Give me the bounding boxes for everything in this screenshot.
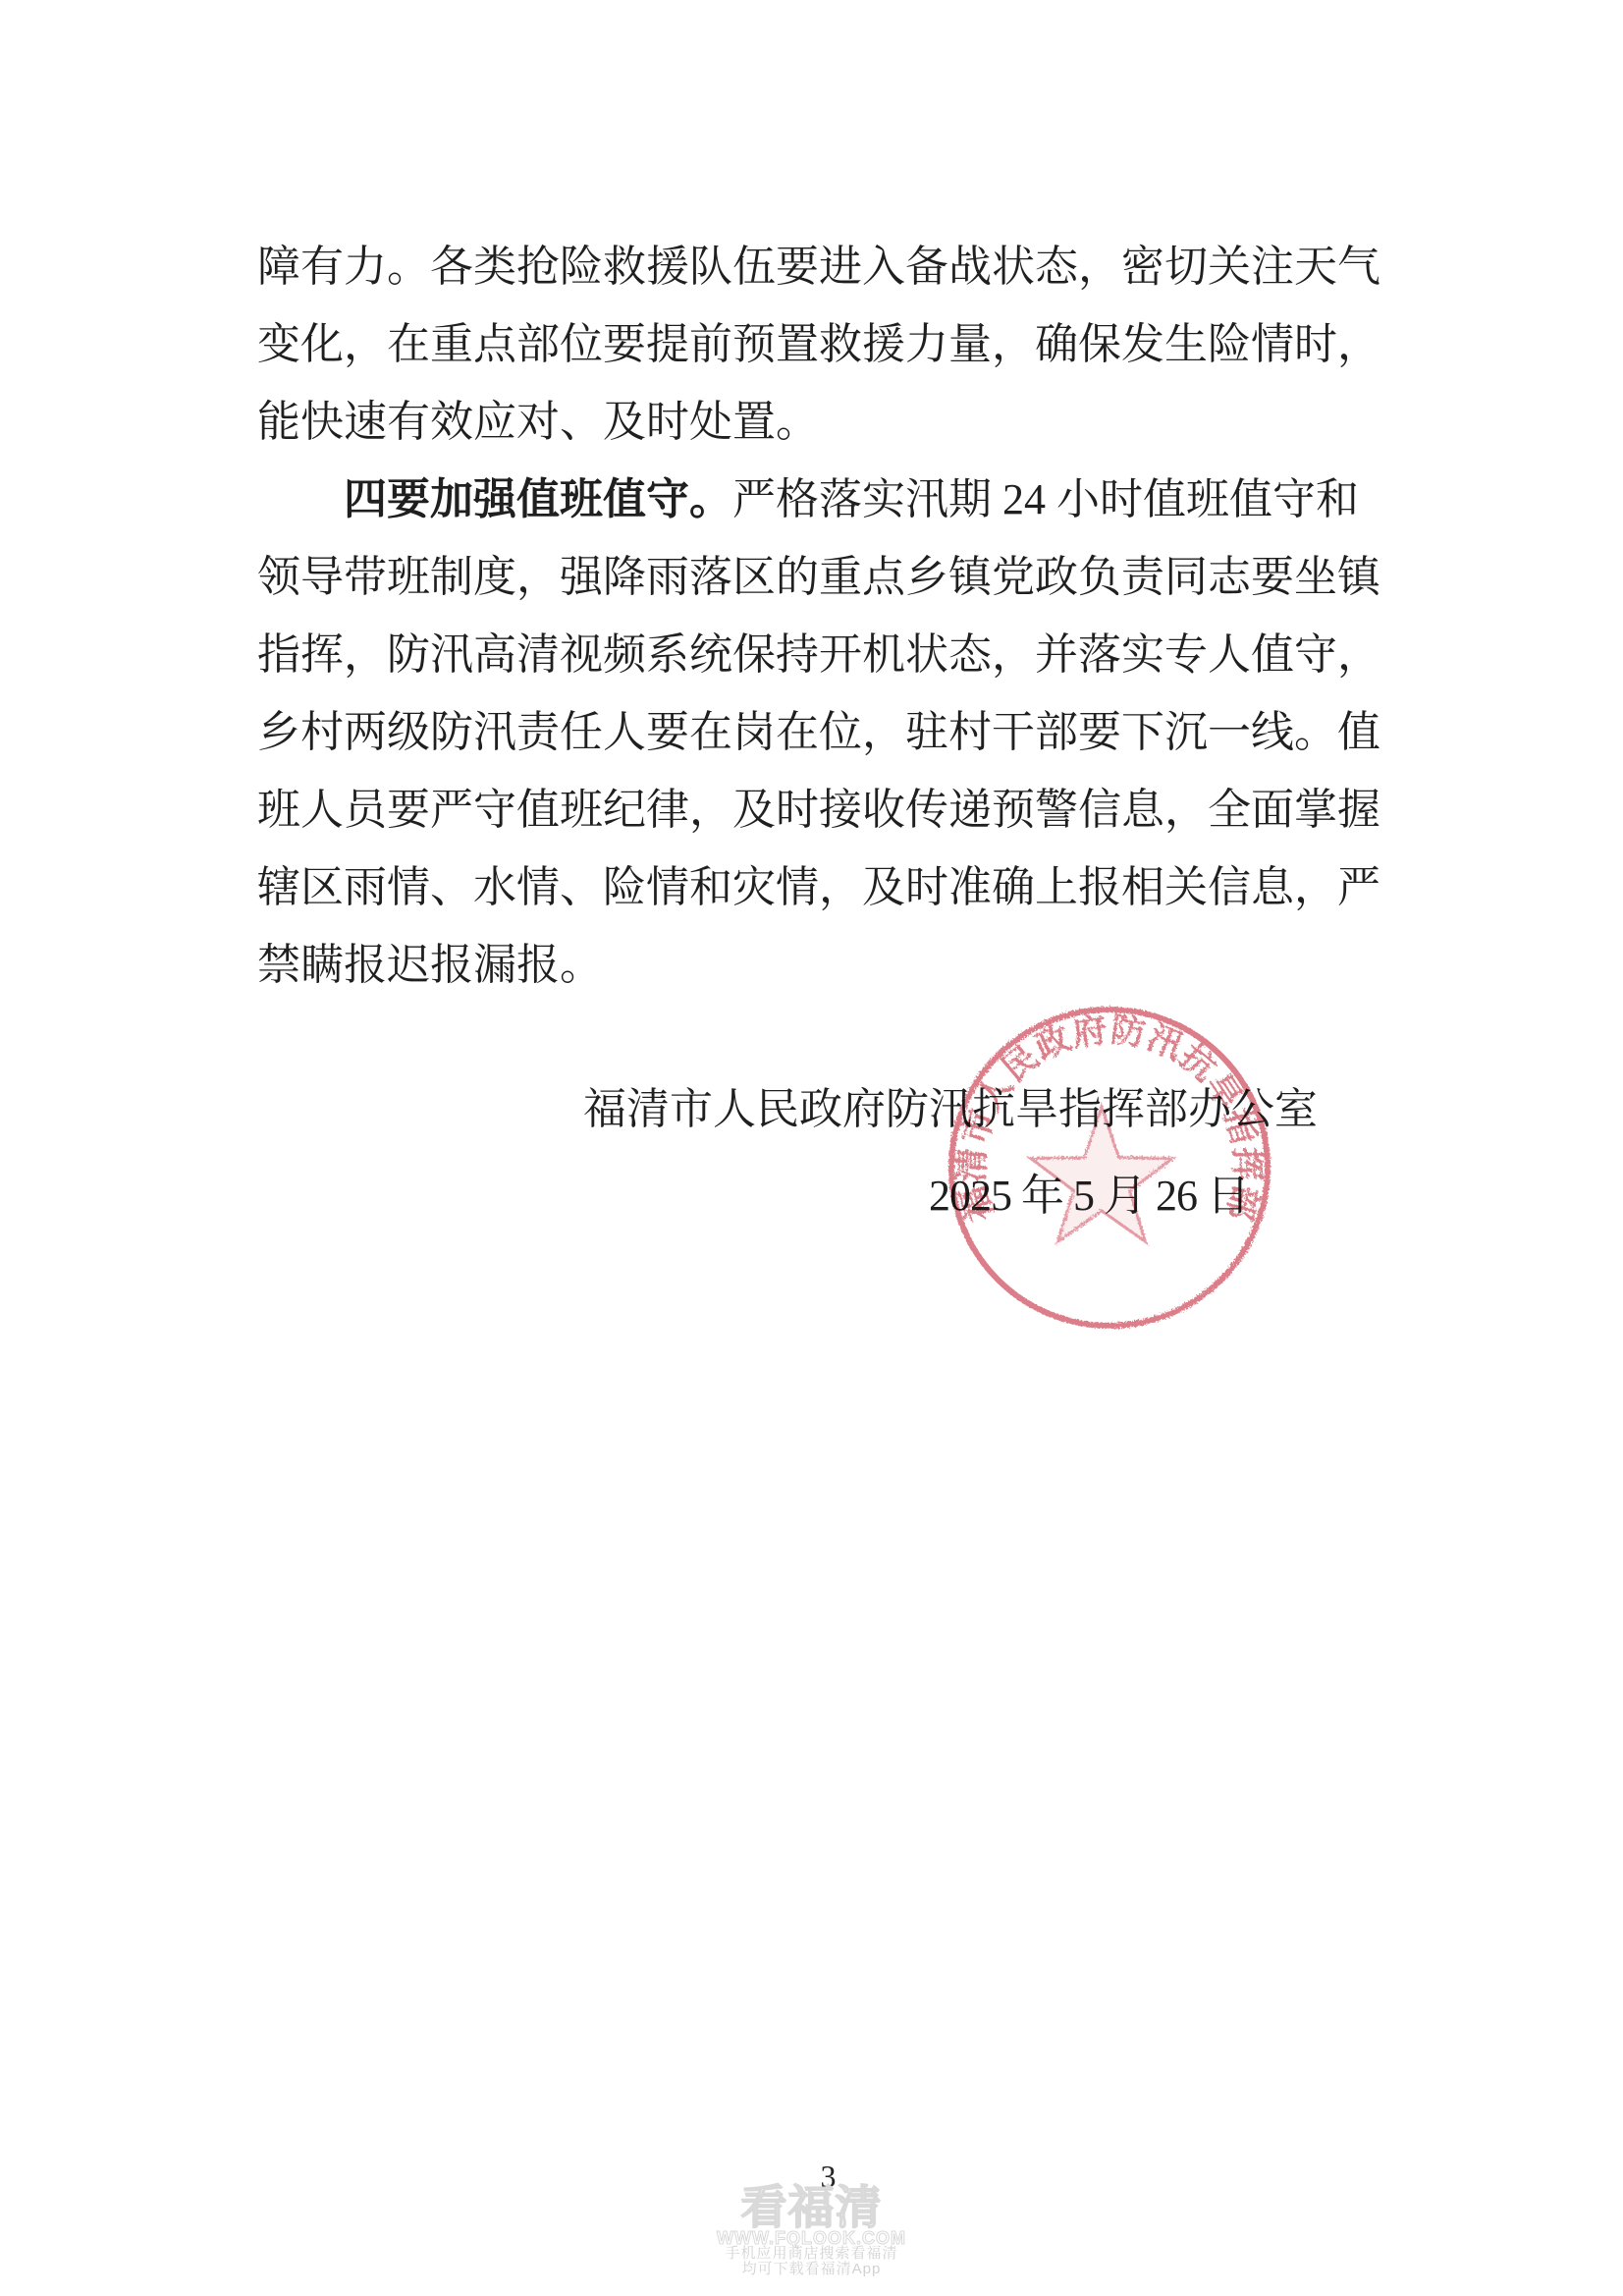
body-line-text: 严格落实汛期 24 小时值班值守和	[732, 475, 1359, 523]
body-line: 指挥，防汛高清视频系统保持开机状态，并落实专人值守，	[257, 616, 1384, 693]
body-line-text: 领导带班制度，强降雨落区的重点乡镇党政负责同志要坐镇	[257, 553, 1380, 601]
body-line: 班人员要严守值班纪律，及时接收传递预警信息，全面掌握	[257, 771, 1384, 848]
body-text: 障有力。各类抢险救援队伍要进入备战状态，密切关注天气 变化，在重点部位要提前预置…	[257, 228, 1384, 1004]
document-page: 障有力。各类抢险救援队伍要进入备战状态，密切关注天气 变化，在重点部位要提前预置…	[0, 0, 1623, 2296]
body-line-text: 指挥，防汛高清视频系统保持开机状态，并落实专人值守，	[257, 630, 1380, 679]
seal-star-icon	[1031, 1107, 1173, 1242]
watermark-line2: 均可下载看福清App	[0, 2262, 1623, 2277]
body-line: 四要加强值班值守。严格落实汛期 24 小时值班值守和	[257, 461, 1384, 538]
body-line-text: 变化，在重点部位要提前预置救援力量，确保发生险情时，	[257, 320, 1380, 368]
body-line: 变化，在重点部位要提前预置救援力量，确保发生险情时，	[257, 305, 1384, 383]
body-line: 能快速有效应对、及时处置。	[257, 383, 1384, 461]
watermark-title: 看福清	[0, 2184, 1623, 2231]
body-line: 领导带班制度，强降雨落区的重点乡镇党政负责同志要坐镇	[257, 538, 1384, 616]
body-line-text: 辖区雨情、水情、险情和灾情，及时准确上报相关信息，严	[257, 863, 1380, 911]
watermark: 看福清 WWW.FQLOOK.COM 手机应用商店搜索看福清 均可下载看福清Ap…	[0, 2184, 1623, 2277]
watermark-url: WWW.FQLOOK.COM	[0, 2231, 1623, 2246]
body-line-text: 能快速有效应对、及时处置。	[257, 398, 819, 446]
body-line-text: 班人员要严守值班纪律，及时接收传递预警信息，全面掌握	[257, 786, 1380, 834]
body-line: 辖区雨情、水情、险情和灾情，及时准确上报相关信息，严	[257, 848, 1384, 926]
body-line: 禁瞒报迟报漏报。	[257, 926, 1384, 1004]
body-line: 障有力。各类抢险救援队伍要进入备战状态，密切关注天气	[257, 228, 1384, 305]
body-line: 乡村两级防汛责任人要在岗在位，驻村干部要下沉一线。值	[257, 693, 1384, 771]
body-line-bold: 四要加强值班值守。	[344, 475, 732, 523]
watermark-line1: 手机应用商店搜索看福清	[0, 2246, 1623, 2262]
body-line-text: 乡村两级防汛责任人要在岗在位，驻村干部要下沉一线。值	[257, 708, 1380, 756]
body-line-text: 障有力。各类抢险救援队伍要进入备战状态，密切关注天气	[257, 243, 1380, 291]
official-seal-stamp: 福清市人民政府防汛抗旱指挥部	[944, 1002, 1275, 1334]
body-line-text: 禁瞒报迟报漏报。	[257, 941, 603, 989]
